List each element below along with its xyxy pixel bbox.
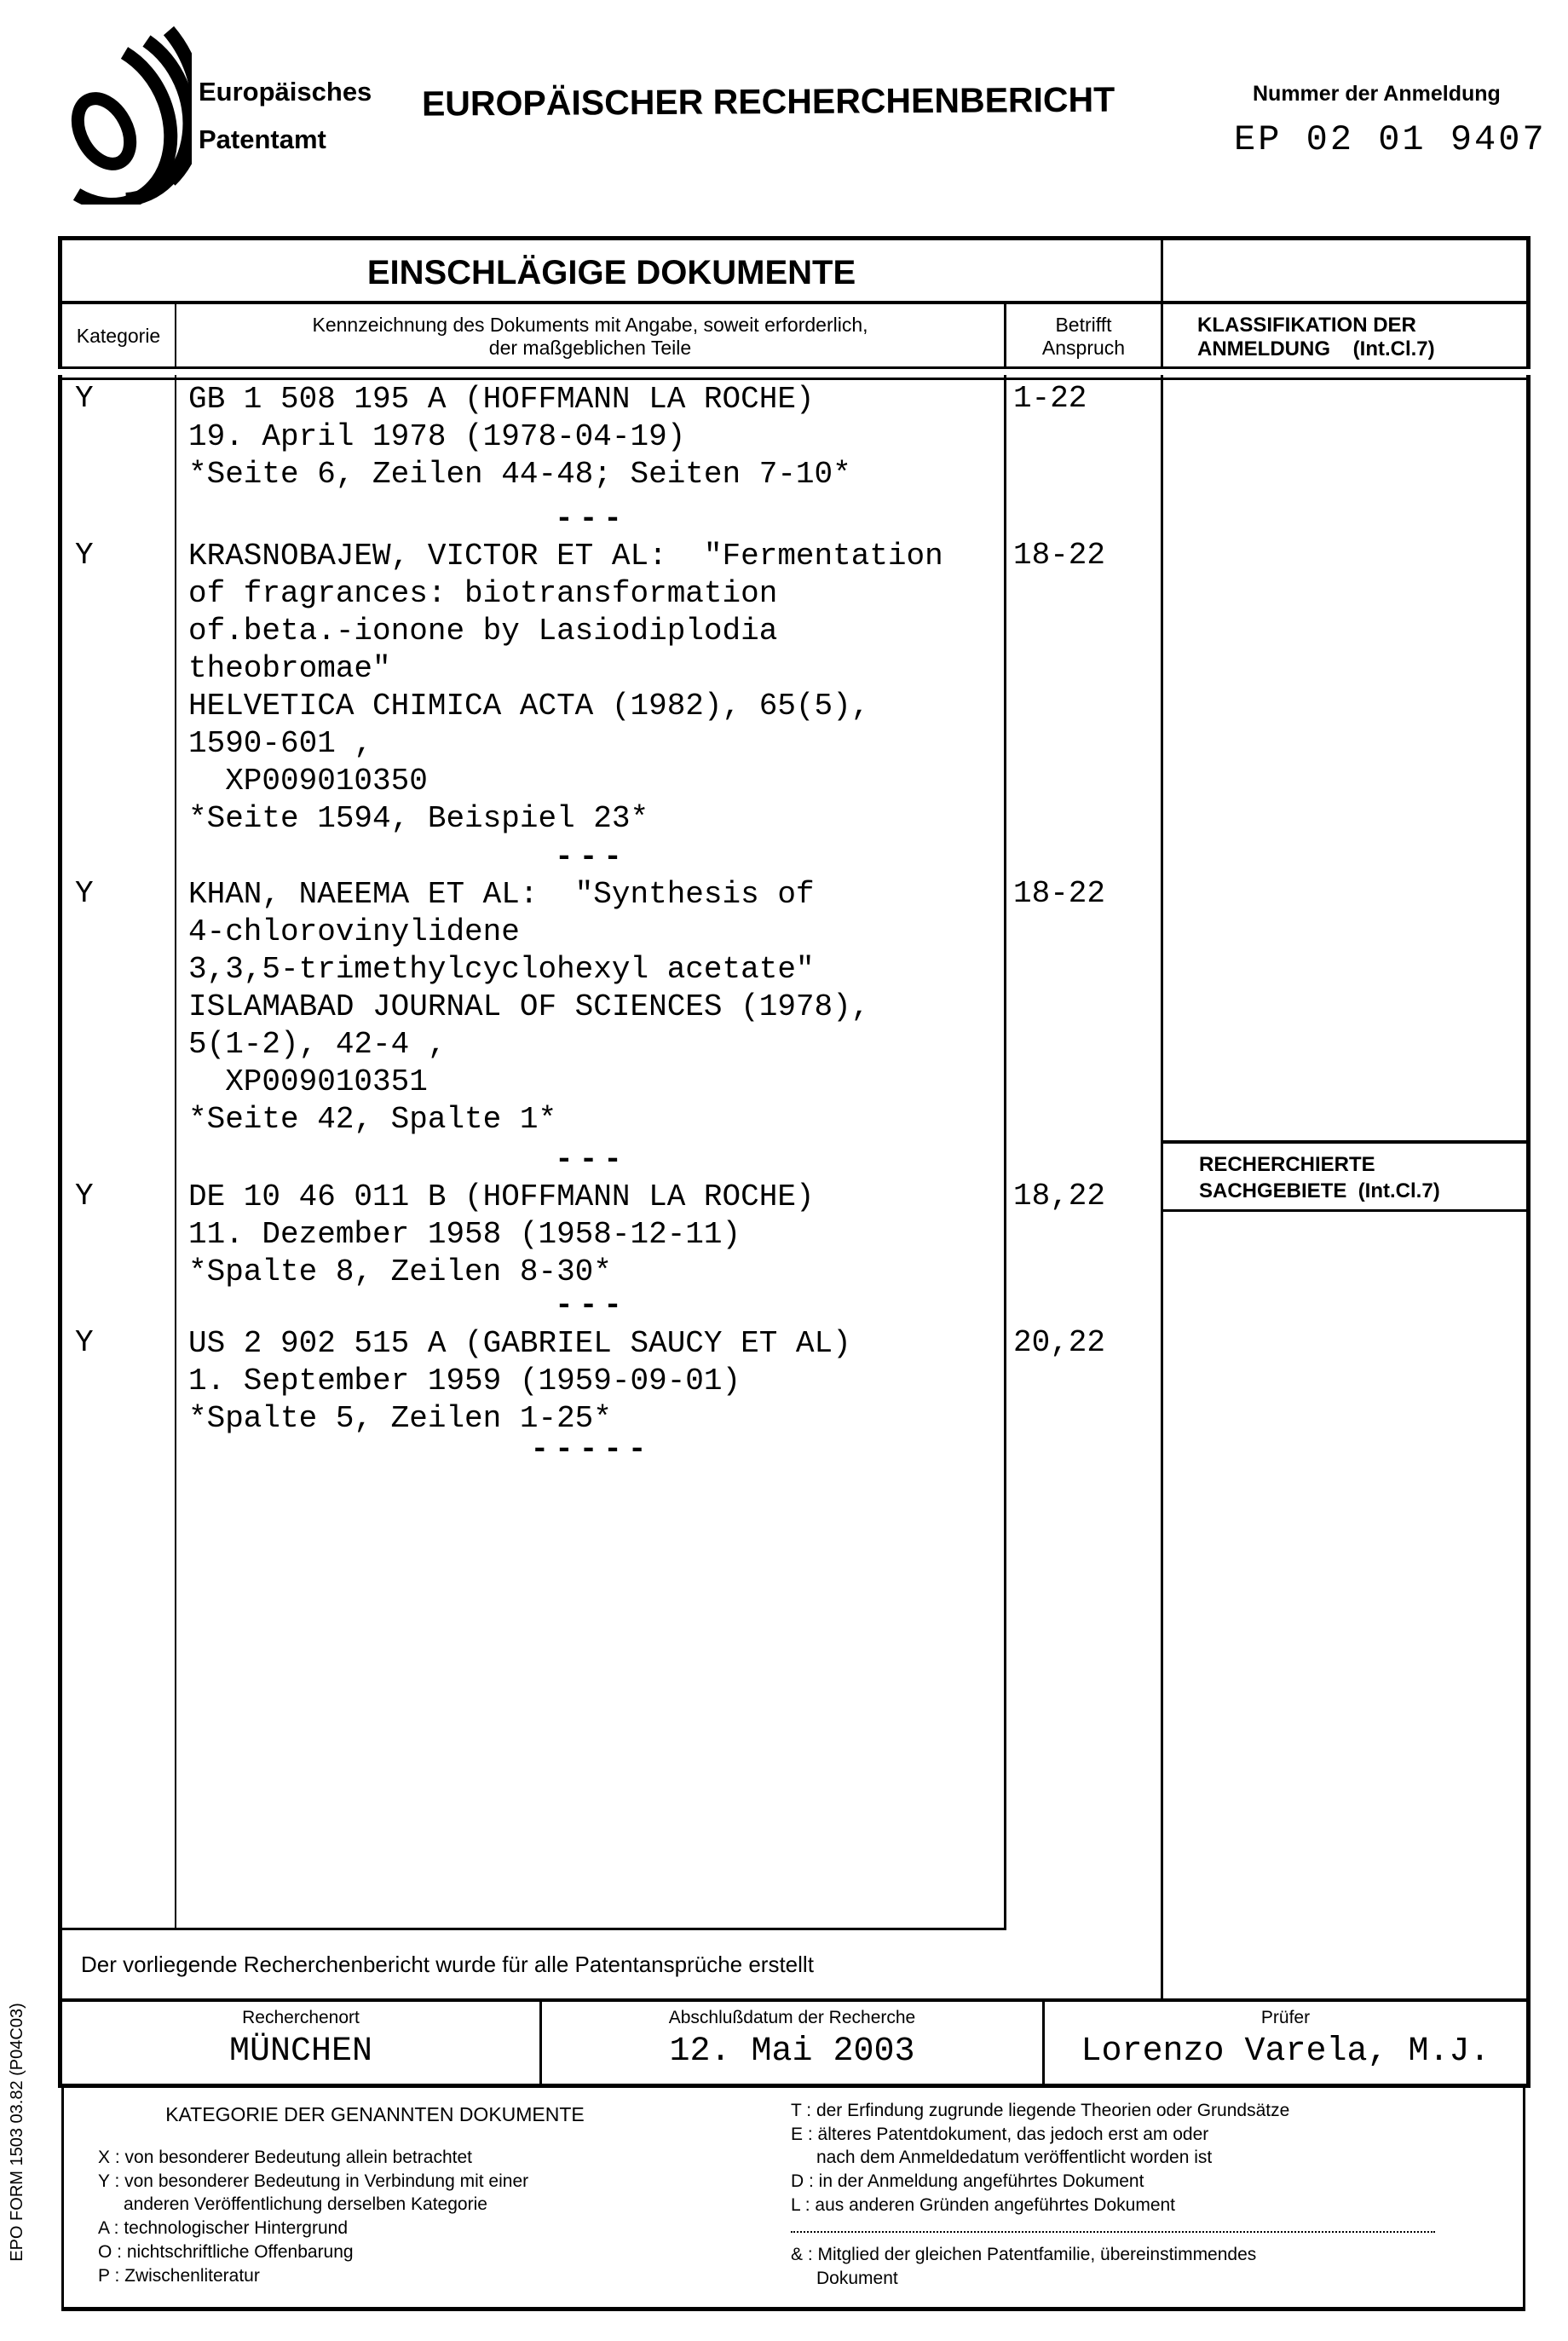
- citation-line: 4-chlorovinylidene: [188, 914, 520, 951]
- searched-fields-line1: RECHERCHIERTE: [1199, 1151, 1526, 1178]
- citation-line: XP009010350: [188, 763, 428, 800]
- legend-dotted-divider: [791, 2231, 1435, 2233]
- citation-line: US 2 902 515 A (GABRIEL SAUCY ET AL): [188, 1325, 851, 1363]
- citation-line: ISLAMABAD JOURNAL OF SCIENCES (1978),: [188, 989, 869, 1026]
- column-header-classification-line2: ANMELDUNG (Int.Cl.7): [1197, 337, 1526, 361]
- legend-item-e: E : älteres Patentdokument, das jedoch e…: [791, 2123, 1289, 2147]
- date-label: Abschlußdatum der Recherche: [542, 2008, 1042, 2028]
- entry-category: Y: [75, 538, 94, 573]
- citation-line: 1. September 1959 (1959-09-01): [188, 1363, 741, 1400]
- office-name: Europäisches Patentamt: [199, 68, 372, 164]
- application-number-label: Nummer der Anmeldung: [1253, 82, 1501, 107]
- place-value: MÜNCHEN: [62, 2033, 539, 2071]
- citation-line: KHAN, NAEEMA ET AL: "Synthesis of: [188, 876, 815, 914]
- entry-separator: -----: [176, 1432, 1006, 1467]
- citation-line: 19. April 1978 (1978-04-19): [188, 418, 685, 456]
- legend-item-l: L : aus anderen Gründen angeführtes Doku…: [791, 2194, 1289, 2217]
- citation-line: HELVETICA CHIMICA ACTA (1982), 65(5),: [188, 688, 869, 725]
- column-header-category: Kategorie: [58, 304, 176, 366]
- epo-logo-icon: [43, 10, 192, 205]
- entry-category: Y: [75, 381, 94, 416]
- citation-line: 11. Dezember 1958 (1958-12-11): [188, 1216, 741, 1254]
- searched-fields-line2: SACHGEBIETE (Int.Cl.7): [1199, 1178, 1526, 1204]
- footer-place-cell: Recherchenort MÜNCHEN: [62, 2002, 542, 2084]
- citation-line: GB 1 508 195 A (HOFFMANN LA ROCHE): [188, 381, 815, 418]
- citation-line: 3,3,5-trimethylcyclohexyl acetate": [188, 951, 815, 989]
- legend-left-column: X : von besonderer Bedeutung allein betr…: [98, 2146, 528, 2287]
- entry-claims: 1-22: [1013, 381, 1087, 416]
- citation-line: XP009010351: [188, 1064, 428, 1101]
- entry-claims: 20,22: [1013, 1325, 1105, 1360]
- footer-table: Recherchenort MÜNCHEN Abschlußdatum der …: [58, 1998, 1531, 2088]
- search-report-page: Europäisches Patentamt EUROPÄISCHER RECH…: [0, 0, 1568, 2341]
- legend-item-o: O : nichtschriftliche Offenbarung: [98, 2240, 528, 2264]
- footer-date-cell: Abschlußdatum der Recherche 12. Mai 2003: [542, 2002, 1045, 2084]
- legend-family-note: & : Mitglied der gleichen Patentfamilie,…: [791, 2243, 1256, 2290]
- citation-line: KRASNOBAJEW, VICTOR ET AL: "Fermentation: [188, 538, 943, 575]
- legend-item-amp: & : Mitglied der gleichen Patentfamilie,…: [791, 2243, 1256, 2267]
- entry-category: Y: [75, 876, 94, 911]
- citation-line: *Spalte 8, Zeilen 8-30*: [188, 1254, 612, 1291]
- examiner-label: Prüfer: [1045, 2008, 1526, 2028]
- entry-separator: ---: [176, 1142, 1006, 1177]
- column-header-citation: Kennzeichnung des Dokuments mit Angabe, …: [176, 304, 1006, 366]
- place-label: Recherchenort: [62, 2008, 539, 2028]
- legend-item-amp-cont: Dokument: [791, 2267, 1256, 2291]
- legend-item-e-cont: nach dem Anmeldedatum veröffentlicht wor…: [791, 2146, 1289, 2170]
- form-identifier: EPO FORM 1503 03.82 (P04C03): [8, 1949, 30, 2315]
- table-title: EINSCHLÄGIGE DOKUMENTE: [58, 236, 1163, 304]
- citation-line: *Seite 42, Spalte 1*: [188, 1101, 556, 1139]
- category-column: [58, 375, 176, 1928]
- legend-item-x: X : von besonderer Bedeutung allein betr…: [98, 2146, 528, 2170]
- footer-examiner-cell: Prüfer Lorenzo Varela, M.J.: [1045, 2002, 1526, 2084]
- application-number: EP 02 01 9407: [1234, 119, 1547, 160]
- legend-item-y: Y : von besonderer Bedeutung in Verbindu…: [98, 2170, 528, 2194]
- entry-category: Y: [75, 1325, 94, 1360]
- citation-line: of.beta.-ionone by Lasiodiplodia: [188, 613, 777, 650]
- office-name-line2: Patentamt: [199, 116, 372, 164]
- entry-claims: 18,22: [1013, 1179, 1105, 1214]
- legend-item-a: A : technologischer Hintergrund: [98, 2217, 528, 2240]
- legend-item-t: T : der Erfindung zugrunde liegende Theo…: [791, 2099, 1289, 2123]
- entry-separator: ---: [176, 1288, 1006, 1323]
- column-header-classification-line1: KLASSIFIKATION DER: [1197, 314, 1526, 337]
- legend-item-y-cont: anderen Veröffentlichung derselben Kateg…: [98, 2193, 528, 2217]
- column-header-claims-line1: Betrifft: [1006, 314, 1161, 337]
- examiner-value: Lorenzo Varela, M.J.: [1045, 2033, 1526, 2071]
- report-title: EUROPÄISCHER RECHERCHENBERICHT: [422, 79, 1155, 124]
- date-value: 12. Mai 2003: [542, 2033, 1042, 2071]
- entry-claims: 18-22: [1013, 876, 1105, 911]
- completion-note: Der vorliegende Recherchenbericht wurde …: [58, 1928, 1006, 1998]
- citation-line: *Seite 1594, Beispiel 23*: [188, 800, 649, 838]
- searched-fields-header: RECHERCHIERTE SACHGEBIETE (Int.Cl.7): [1163, 1140, 1531, 1212]
- entry-separator: ---: [176, 839, 1006, 874]
- legend-title: KATEGORIE DER GENANNTEN DOKUMENTE: [111, 2103, 639, 2127]
- citation-line: DE 10 46 011 B (HOFFMANN LA ROCHE): [188, 1179, 815, 1216]
- column-header-claims-line2: Anspruch: [1006, 337, 1161, 360]
- entry-separator: ---: [176, 501, 1006, 536]
- office-name-line1: Europäisches: [199, 68, 372, 116]
- citation-line: 1590-601 ,: [188, 725, 372, 763]
- entry-category: Y: [75, 1179, 94, 1214]
- classification-empty-cell: [1163, 236, 1531, 304]
- column-header-citation-line1: Kennzeichnung des Dokuments mit Angabe, …: [176, 314, 1004, 337]
- column-header-citation-line2: der maßgeblichen Teile: [176, 337, 1004, 360]
- citation-line: of fragrances: biotransformation: [188, 575, 777, 613]
- citation-line: 5(1-2), 42-4 ,: [188, 1026, 446, 1064]
- column-header-claims: Betrifft Anspruch: [1006, 304, 1163, 366]
- legend-item-p: P : Zwischenliteratur: [98, 2264, 528, 2288]
- column-header-classification: KLASSIFIKATION DER ANMELDUNG (Int.Cl.7): [1163, 304, 1531, 366]
- entry-claims: 18-22: [1013, 538, 1105, 573]
- legend-item-d: D : in der Anmeldung angeführtes Dokumen…: [791, 2170, 1289, 2194]
- legend-right-column: T : der Erfindung zugrunde liegende Theo…: [791, 2099, 1289, 2217]
- citation-line: *Seite 6, Zeilen 44-48; Seiten 7-10*: [188, 456, 851, 493]
- citation-line: theobromae": [188, 650, 391, 688]
